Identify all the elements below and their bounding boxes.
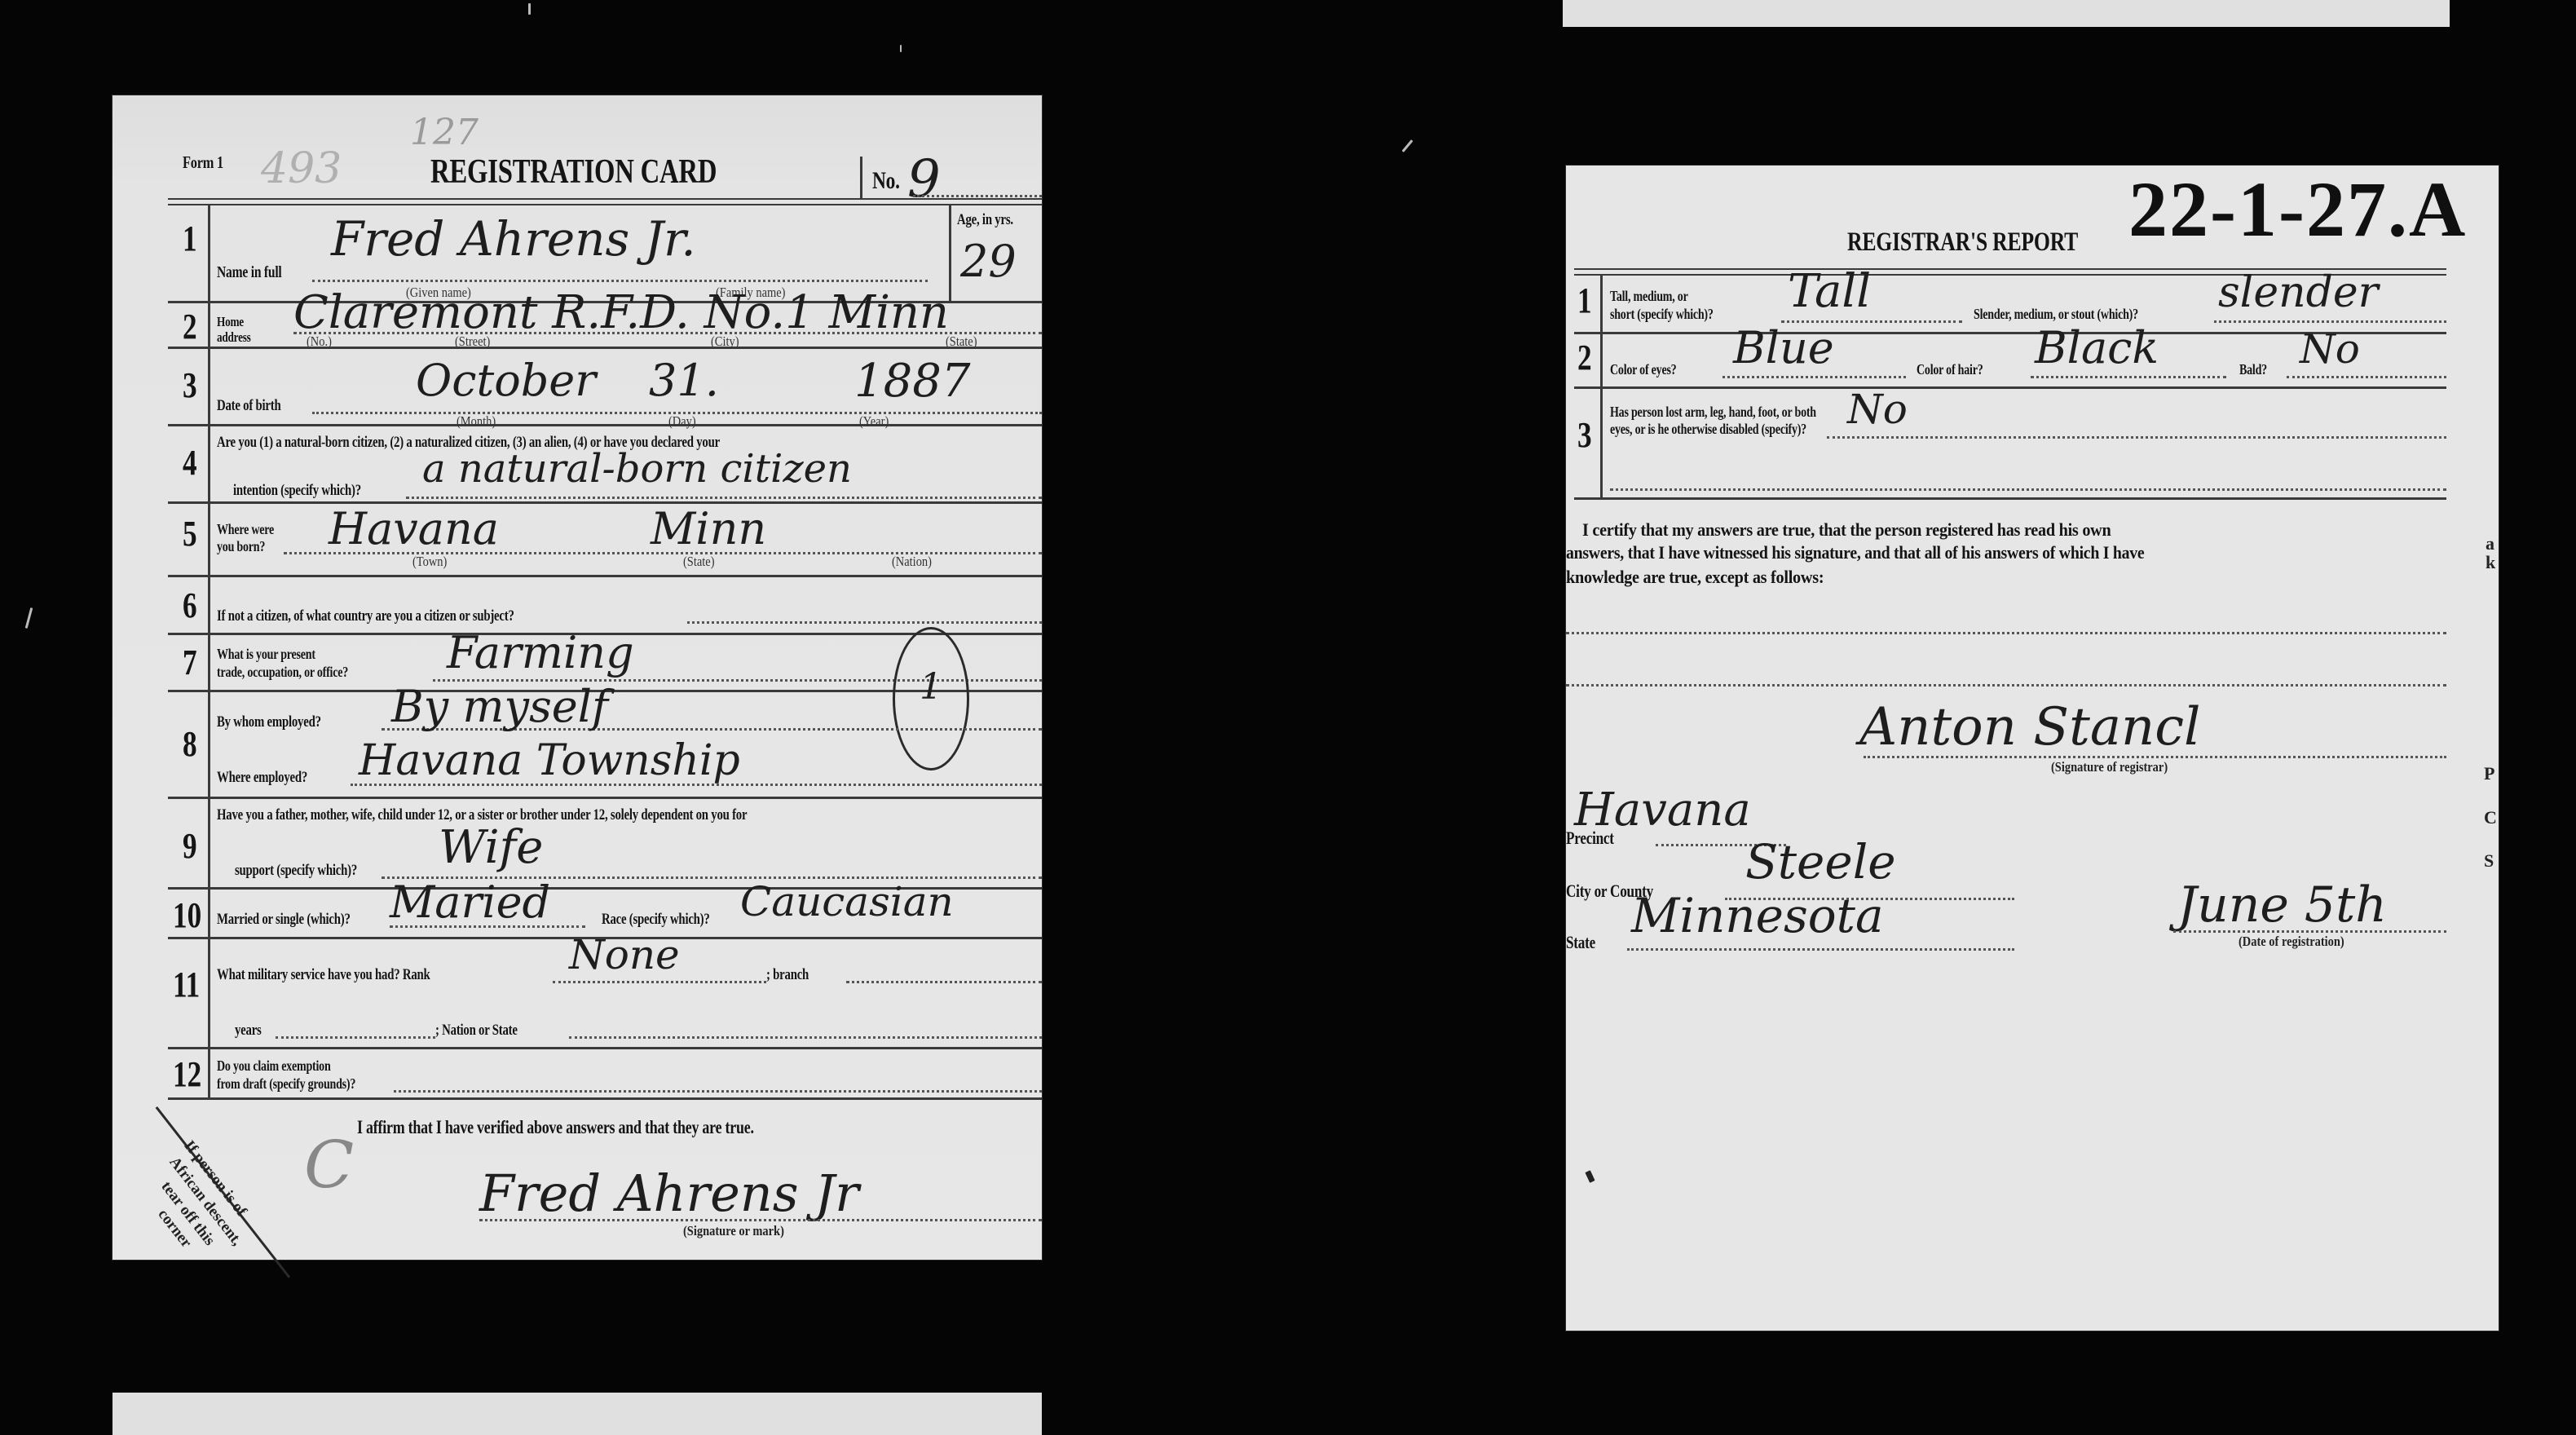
- build-value: slender: [2218, 268, 2379, 317]
- caption-nation: (Nation): [892, 554, 932, 570]
- hair-color-label: Color of hair?: [1917, 361, 1983, 378]
- birth-label: Date of birth: [217, 397, 280, 415]
- registration-card: 127 Form 1 493 REGISTRATION CARD No. 9 1…: [112, 95, 1042, 1260]
- disability-label-line1: Has person lost arm, leg, hand, foot, or…: [1610, 404, 1816, 421]
- height-value: Tall: [1788, 265, 1871, 318]
- occupation-label-line2: trade, occupation, or office?: [217, 664, 348, 681]
- address-value: Claremont R.F.D. No.1 Minn: [293, 286, 949, 339]
- age-divider: [949, 205, 951, 301]
- registrars-report-card: REGISTRAR'S REPORT 22-1-27.A 1 Tall, med…: [1566, 166, 2499, 1331]
- exemption-label-line1: Do you claim exemption: [217, 1057, 331, 1075]
- caption-birth-state: (State): [683, 554, 715, 570]
- registration-date: June 5th: [2177, 876, 2387, 934]
- precinct-label: Precinct: [1566, 828, 1614, 849]
- edge-letter: k: [2486, 552, 2495, 573]
- nation-label: ; Nation or State: [435, 1022, 518, 1040]
- birthplace-state: Minn: [651, 503, 766, 554]
- pencil-form-number: 493: [261, 144, 342, 193]
- row-divider: [168, 575, 1042, 577]
- years-dotted-line: [276, 1036, 435, 1039]
- occupation-value: Farming: [447, 627, 634, 678]
- disability-label-line2: eyes, or is he otherwise disabled (speci…: [1610, 421, 1806, 438]
- row-number-6: 6: [183, 585, 197, 626]
- nation-dotted-line: [569, 1036, 1042, 1039]
- row-number-8: 8: [183, 723, 197, 765]
- dependents-label: support (specify which)?: [235, 862, 357, 880]
- registrant-signature: Fred Ahrens Jr: [479, 1163, 859, 1223]
- row-number-12: 12: [173, 1053, 201, 1095]
- row-number-10: 10: [173, 894, 201, 936]
- years-label: years: [235, 1022, 262, 1040]
- signature-caption: (Signature or mark): [683, 1223, 784, 1239]
- employer-label: By whom employed?: [217, 713, 321, 731]
- rank-value: None: [569, 931, 680, 978]
- ink-speck: [1585, 1170, 1595, 1183]
- row-number-11: 11: [173, 964, 200, 1005]
- birth-month: October: [416, 355, 596, 406]
- report-title: REGISTRAR'S REPORT: [1847, 227, 2078, 258]
- address-label-line1: Home: [217, 314, 244, 330]
- branch-dotted-line: [846, 981, 1042, 983]
- caption-day: (Day): [668, 413, 696, 430]
- edge-letter: P: [2484, 763, 2494, 784]
- row-number-3: 3: [183, 364, 197, 406]
- row-number-2: 2: [183, 306, 197, 347]
- marital-value: Maried: [390, 876, 550, 928]
- foreign-citizen-dotted-line: [687, 621, 1042, 624]
- film-speck: [900, 45, 902, 52]
- branch-label: ; branch: [766, 966, 809, 984]
- report-row-number-2: 2: [1577, 337, 1592, 378]
- hair-color-value: Black: [2035, 322, 2159, 373]
- hair-color-dotted-line: [2031, 376, 2226, 378]
- pencil-top-number: 127: [410, 112, 479, 153]
- height-label-line2: short (specify which)?: [1610, 306, 1714, 323]
- marital-label: Married or single (which)?: [217, 911, 351, 929]
- header-rule: [168, 198, 1042, 205]
- caption-year: (Year): [859, 413, 889, 430]
- row-number-1: 1: [183, 218, 197, 259]
- film-speck: [528, 3, 531, 15]
- age-label: Age, in yrs.: [957, 211, 1013, 229]
- exceptions-dotted-line-2: [1566, 684, 2446, 687]
- form-label: Form 1: [183, 152, 223, 173]
- disability-dotted-line: [1827, 436, 2446, 439]
- no-divider: [860, 157, 862, 199]
- row-divider: [168, 797, 1042, 799]
- bald-value: No: [2300, 325, 2360, 373]
- exceptions-dotted-line-1: [1566, 632, 2446, 634]
- citizenship-dotted-line: [406, 497, 1042, 499]
- report-row-number-3: 3: [1577, 414, 1592, 456]
- corner-pencil-mark: C: [304, 1127, 354, 1203]
- signature-dotted-line: [479, 1219, 1042, 1221]
- number-column-rule: [208, 205, 210, 1098]
- state-value: Minnesota: [1631, 888, 1884, 943]
- height-label-line1: Tall, medium, or: [1610, 288, 1688, 305]
- employment-place-value: Havana Township: [359, 736, 740, 785]
- birthplace-town: Havana: [329, 503, 499, 554]
- birth-year: 1887: [854, 355, 971, 408]
- bald-label: Bald?: [2239, 361, 2267, 378]
- military-label: What military service have you had? Rank: [217, 966, 430, 984]
- card-title: REGISTRATION CARD: [430, 152, 717, 192]
- film-speck: [1402, 139, 1414, 152]
- serial-stamp: 22-1-27.A: [2128, 164, 2467, 254]
- birthplace-label-line2: you born?: [217, 538, 265, 555]
- build-label: Slender, medium, or stout (which)?: [1974, 306, 2138, 323]
- report-row-number-1: 1: [1577, 280, 1592, 321]
- caption-town: (Town): [412, 554, 447, 570]
- state-label: State: [1566, 932, 1595, 953]
- caption-month: (Month): [457, 413, 496, 430]
- row-number-5: 5: [183, 513, 197, 554]
- adjacent-card-bottom-left: [112, 1393, 1042, 1435]
- county-value: Steele: [1745, 834, 1896, 890]
- row-number-7: 7: [183, 642, 197, 683]
- exemption-label-line2: from draft (specify grounds)?: [217, 1075, 355, 1093]
- disability-dotted-line-2: [1610, 488, 2446, 491]
- eye-color-dotted-line: [1722, 376, 1906, 378]
- registrar-signature: Anton Stancl: [1859, 697, 2201, 757]
- employment-place-label: Where employed?: [217, 769, 307, 787]
- build-dotted-line: [2214, 320, 2446, 323]
- certify-line-2: answers, that I have witnessed his signa…: [1566, 542, 2144, 563]
- eye-color-value: Blue: [1733, 322, 1834, 373]
- rank-dotted-line: [553, 981, 766, 983]
- bald-dotted-line: [2287, 376, 2446, 378]
- race-label: Race (specify which)?: [602, 911, 710, 929]
- registrar-signature-dotted-line: [1864, 756, 2446, 758]
- date-dotted-line: [2173, 930, 2446, 933]
- registrar-signature-caption: (Signature of registrar): [2051, 759, 2168, 775]
- address-label-line2: address: [217, 329, 251, 346]
- affirmation-text: I affirm that I have verified above answ…: [357, 1117, 754, 1138]
- foreign-citizen-label: If not a citizen, of what country are yo…: [217, 607, 514, 625]
- citizenship-label: intention (specify which)?: [233, 482, 361, 500]
- certify-line-1: I certify that my answers are true, that…: [1582, 519, 2111, 541]
- caption-city: (City): [711, 333, 739, 350]
- employer-value: By myself: [391, 681, 608, 732]
- row-divider: [168, 1097, 1042, 1100]
- edge-letter: S: [2484, 850, 2494, 872]
- caption-state: (State): [946, 333, 977, 350]
- adjacent-card-top-right: [1563, 0, 2450, 27]
- eye-color-label: Color of eyes?: [1610, 361, 1676, 378]
- row-divider: [168, 501, 1042, 504]
- birthplace-label-line1: Where were: [217, 521, 274, 538]
- no-label: No.: [872, 167, 900, 195]
- race-value: Caucasian: [740, 878, 954, 925]
- row-divider: [168, 1047, 1042, 1049]
- occupation-label-line1: What is your present: [217, 646, 315, 663]
- certify-line-3: knowledge are true, except as follows:: [1566, 567, 1824, 588]
- report-row-divider: [1574, 386, 2446, 389]
- citizenship-value: a natural-born citizen: [422, 446, 852, 492]
- exemption-dotted-line: [394, 1090, 1042, 1093]
- disability-value: No: [1847, 386, 1908, 433]
- report-row-divider: [1574, 497, 2446, 500]
- name-label: Name in full: [217, 263, 282, 282]
- dependents-value: Wife: [439, 821, 543, 874]
- row-number-4: 4: [183, 442, 197, 483]
- row-divider: [168, 347, 1042, 349]
- name-dotted-line: [312, 280, 928, 282]
- birth-day: 31.: [649, 355, 719, 406]
- state-dotted-line: [1627, 948, 2014, 951]
- caption-no: (No.): [307, 333, 332, 350]
- date-caption: (Date of registration): [2239, 934, 2344, 950]
- circled-mark-value: 1: [920, 666, 942, 708]
- caption-street: (Street): [455, 333, 490, 350]
- name-value: Fred Ahrens Jr.: [331, 211, 696, 267]
- row-number-9: 9: [183, 825, 197, 867]
- edge-letter: C: [2484, 807, 2497, 828]
- film-speck: [25, 607, 33, 629]
- age-value: 29: [960, 236, 1017, 287]
- row-divider: [168, 424, 1042, 426]
- no-dotted-line: [913, 195, 1042, 197]
